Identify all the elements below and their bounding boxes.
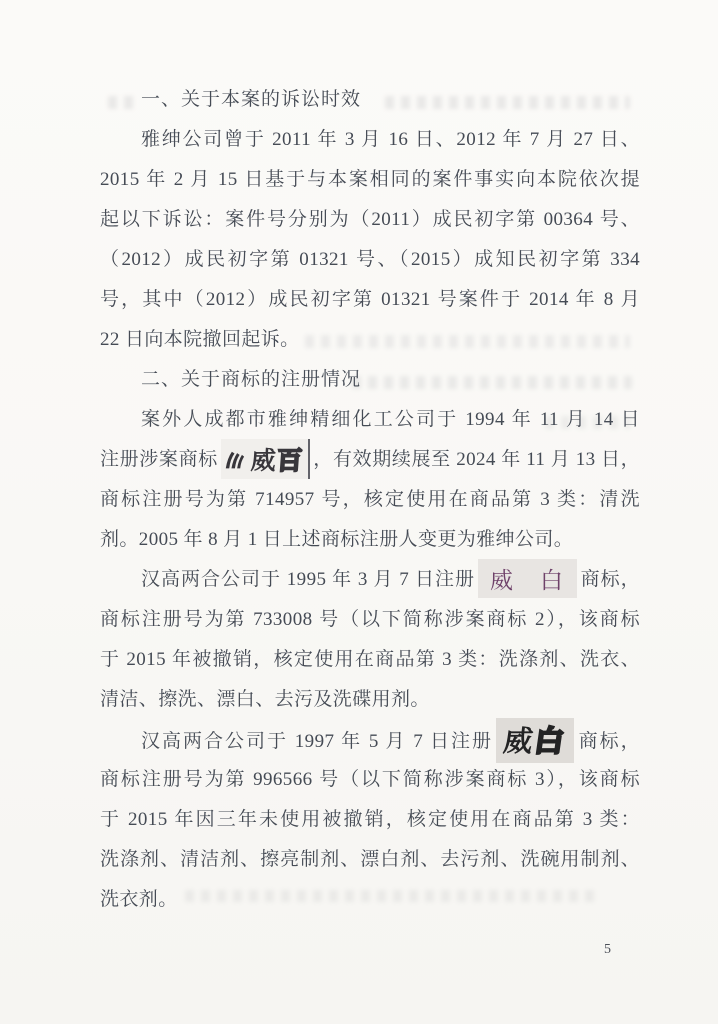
text-run: 案外人成都市雅绅精细化工公司于 1994 年 11 月 14 日 <box>141 409 640 430</box>
text-run: 雅绅公司曾于 2011 年 3 月 16 日、2012 年 7 月 27 日、 <box>141 129 640 150</box>
document-page: 一、关于本案的诉讼时效雅绅公司曾于 2011 年 3 月 16 日、2012 年… <box>0 0 718 1024</box>
text-run: 22 日向本院撤回起诉。 <box>100 329 300 350</box>
trademark-text: 威 白 <box>490 562 565 595</box>
text-run: 剂。2005 年 8 月 1 日上述商标注册人变更为雅绅公司。 <box>100 529 573 550</box>
document-body: 一、关于本案的诉讼时效雅绅公司曾于 2011 年 3 月 16 日、2012 年… <box>100 80 640 920</box>
text-run: 2015 年 2 月 15 日基于与本案相同的案件事实向本院依次提 <box>100 169 640 190</box>
trademark-text: 威百 <box>250 441 305 477</box>
text-line: 案外人成都市雅绅精细化工公司于 1994 年 11 月 14 日 <box>100 400 640 440</box>
text-line: 起以下诉讼：案件号分别为（2011）成民初字第 00364 号、 <box>100 200 640 240</box>
text-line: 剂。2005 年 8 月 1 日上述商标注册人变更为雅绅公司。 <box>100 520 640 560</box>
text-line: 汉高两合公司于 1997 年 5 月 7 日注册威白商标， <box>100 720 640 760</box>
text-line: 清洁、擦洗、漂白、去污及洗碟用剂。 <box>100 680 640 720</box>
text-run: 注册涉案商标 <box>100 449 218 470</box>
fan-brush-icon <box>224 449 245 472</box>
text-run: 洗涤剂、清洁剂、擦亮制剂、漂白剂、去污剂、洗碗用制剂、 <box>100 849 640 870</box>
text-run: 一、关于本案的诉讼时效 <box>141 89 361 110</box>
text-run: 于 2015 年因三年未使用被撤销，核定使用在商品第 3 类： <box>100 809 640 830</box>
text-run: （2012）成民初字第 01321 号、（2015）成知民初字第 334 <box>100 249 640 270</box>
trademark-tm1: 威百 <box>221 439 310 479</box>
text-line: 商标注册号为第 996566 号（以下简称涉案商标 3），该商标 <box>100 760 640 800</box>
text-run: 商标， <box>577 731 640 752</box>
section-heading: 二、关于商标的注册情况 <box>100 360 640 400</box>
text-line: 于 2015 年被撤销，核定使用在商品第 3 类：洗涤剂、洗衣、 <box>100 640 640 680</box>
text-line: 洗衣剂。 <box>100 880 640 920</box>
text-line: 号，其中（2012）成民初字第 01321 号案件于 2014 年 8 月 <box>100 280 640 320</box>
text-line: 汉高两合公司于 1995 年 3 月 7 日注册威 白商标， <box>100 560 640 600</box>
text-run: 清洁、擦洗、漂白、去污及洗碟用剂。 <box>100 689 430 710</box>
page-number: 5 <box>604 940 611 960</box>
text-run: 起以下诉讼：案件号分别为（2011）成民初字第 00364 号、 <box>100 209 640 230</box>
text-run: 于 2015 年被撤销，核定使用在商品第 3 类：洗涤剂、洗衣、 <box>100 649 640 670</box>
text-line: 商标注册号为第 733008 号（以下简称涉案商标 2），该商标 <box>100 600 640 640</box>
text-line: （2012）成民初字第 01321 号、（2015）成知民初字第 334 <box>100 240 640 280</box>
text-run: 洗衣剂。 <box>100 889 178 910</box>
text-line: 注册涉案商标 威百，有效期续展至 2024 年 11 月 13 日， <box>100 440 640 480</box>
text-line: 22 日向本院撤回起诉。 <box>100 320 640 360</box>
section-heading: 一、关于本案的诉讼时效 <box>100 80 640 120</box>
text-line: 雅绅公司曾于 2011 年 3 月 16 日、2012 年 7 月 27 日、 <box>100 120 640 160</box>
text-run: 商标， <box>580 569 640 590</box>
text-run: 汉高两合公司于 1997 年 5 月 7 日注册 <box>141 731 493 752</box>
text-run: 商标注册号为第 733008 号（以下简称涉案商标 2），该商标 <box>100 609 640 630</box>
text-run: ，有效期续展至 2024 年 11 月 13 日， <box>313 449 640 470</box>
text-run: 二、关于商标的注册情况 <box>141 369 361 390</box>
text-line: 于 2015 年因三年未使用被撤销，核定使用在商品第 3 类： <box>100 800 640 840</box>
text-line: 2015 年 2 月 15 日基于与本案相同的案件事实向本院依次提 <box>100 160 640 200</box>
text-run: 号，其中（2012）成民初字第 01321 号案件于 2014 年 8 月 <box>100 289 640 310</box>
text-run: 商标注册号为第 714957 号，核定使用在商品第 3 类：清洗 <box>100 489 640 510</box>
text-line: 商标注册号为第 714957 号，核定使用在商品第 3 类：清洗 <box>100 480 640 520</box>
text-run: 汉高两合公司于 1995 年 3 月 7 日注册 <box>141 569 475 590</box>
trademark-tm3: 威白 <box>496 718 574 763</box>
text-line: 洗涤剂、清洁剂、擦亮制剂、漂白剂、去污剂、洗碗用制剂、 <box>100 840 640 880</box>
trademark-tm2: 威 白 <box>478 559 577 598</box>
trademark-text: 威白 <box>501 719 569 760</box>
text-run: 商标注册号为第 996566 号（以下简称涉案商标 3），该商标 <box>100 769 640 790</box>
